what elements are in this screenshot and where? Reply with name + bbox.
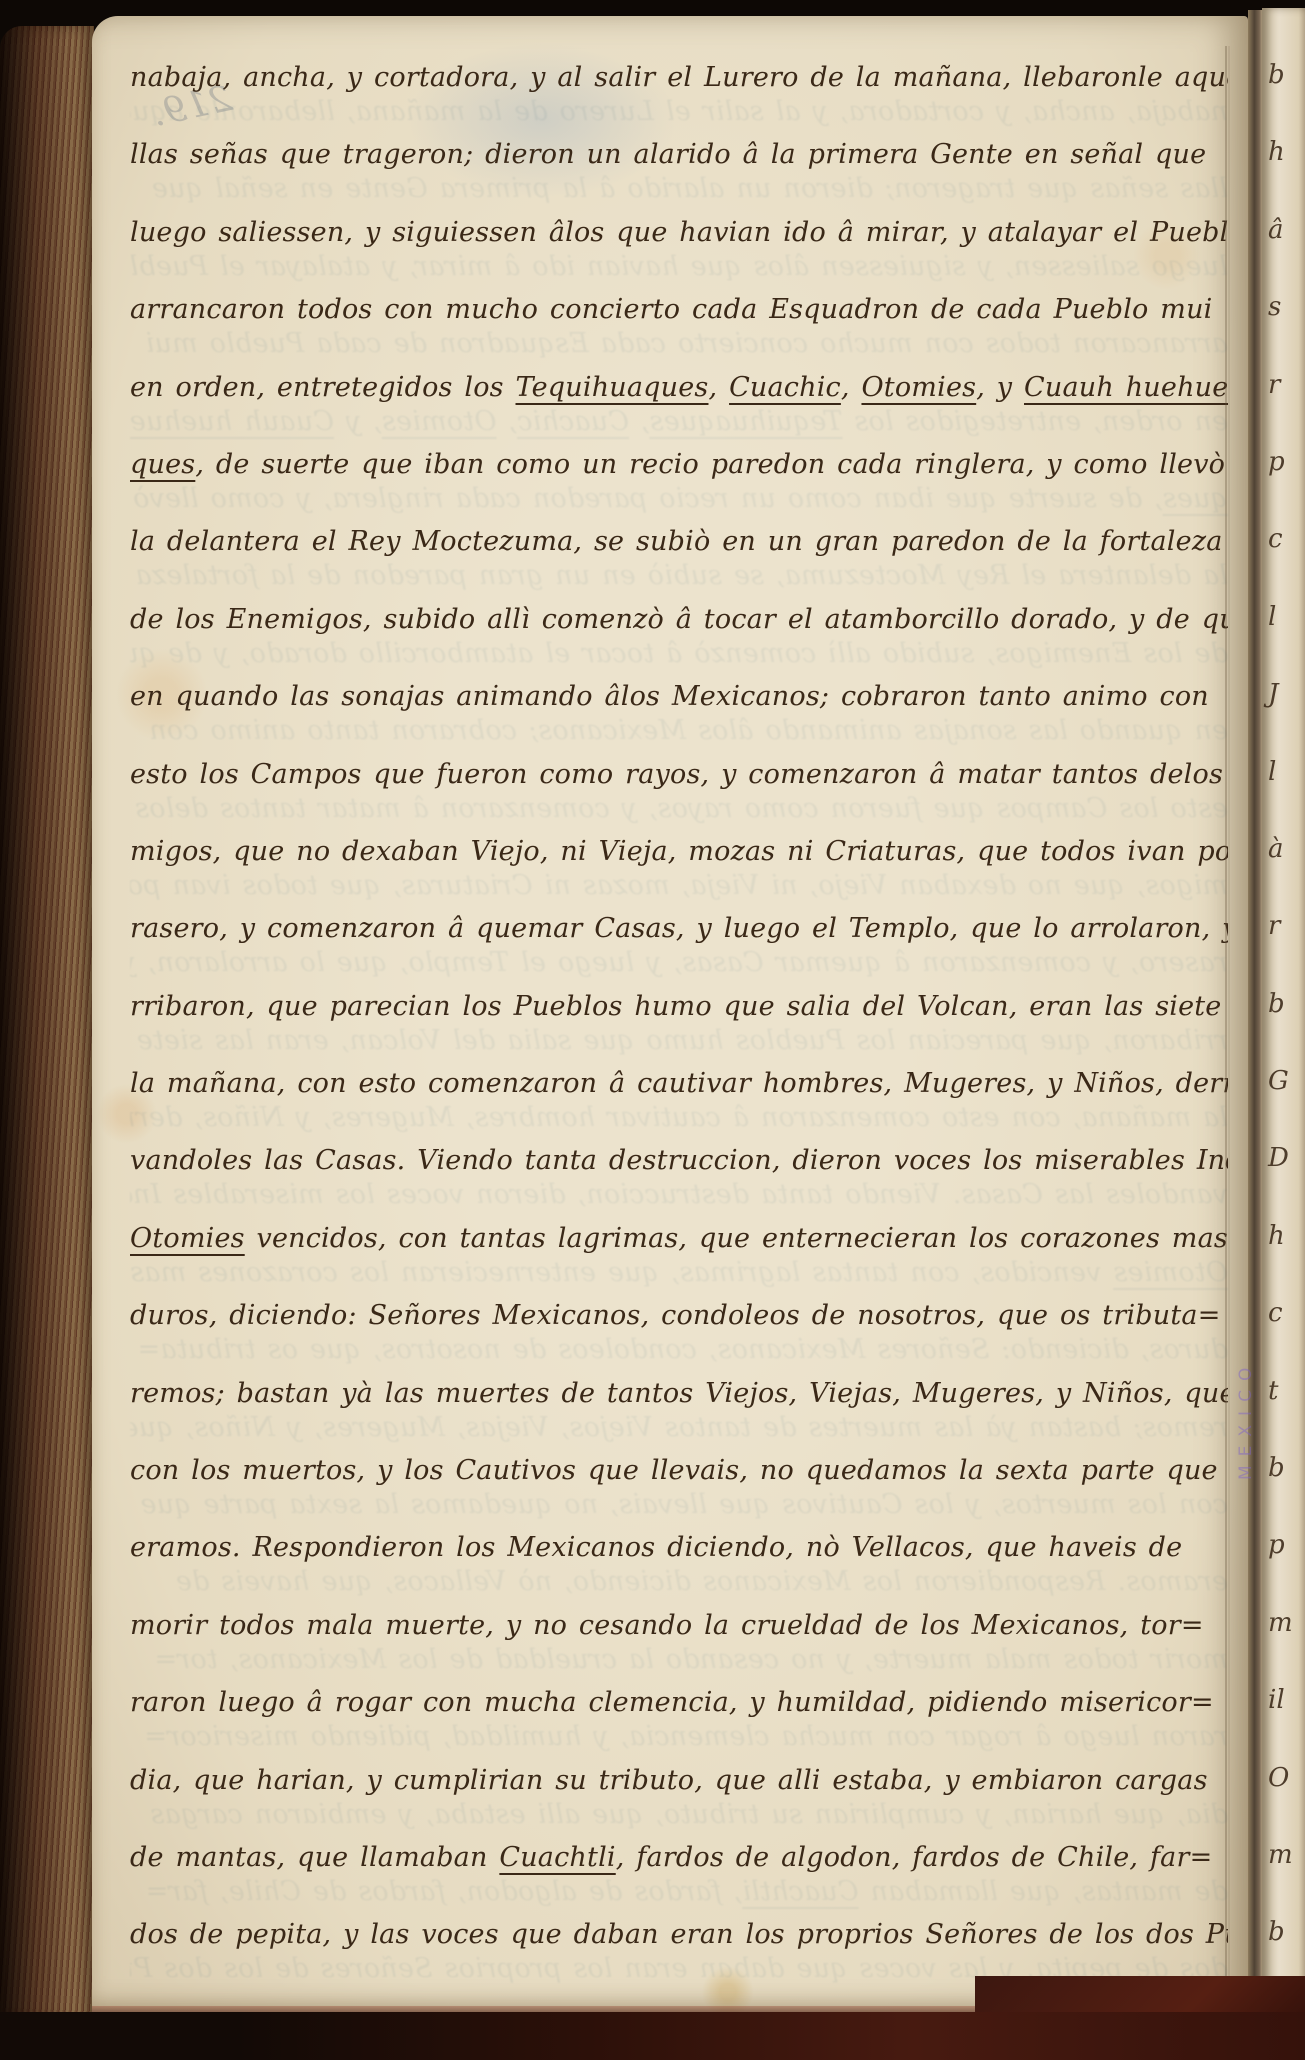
text-line: rasero, y comenzaron â quemar Casas, y l… — [130, 947, 1228, 1024]
text-line: en quando las sonajas animando âlos Mexi… — [130, 715, 1228, 792]
text-line: eramos. Respondieron los Mexicanos dicie… — [130, 1566, 1228, 1643]
edge-fragment: il — [1268, 1685, 1293, 1762]
edge-fragment: h — [1268, 1221, 1293, 1298]
edge-fragment: c — [1268, 1298, 1293, 1375]
edge-fragment: O — [1268, 1763, 1293, 1840]
manuscript-photo: 219. nabaja, ancha, y cortadora, y al sa… — [0, 0, 1305, 2060]
edge-fragment: â — [1268, 215, 1293, 292]
text-line: nabaja, ancha, y cortadora, y al salir e… — [130, 96, 1228, 173]
edge-fragment: s — [1268, 292, 1293, 369]
gutter-stamp-text: MEXICO — [1236, 1180, 1256, 1480]
edge-fragment: c — [1268, 524, 1293, 601]
edge-fragment: à — [1268, 834, 1293, 911]
text-line: llas señas que trageron; dieron un alari… — [130, 173, 1228, 250]
edge-fragment: b — [1268, 989, 1293, 1066]
text-line: de los Enemigos, subido allì comenzò â t… — [130, 638, 1228, 715]
text-line: ques, de suerte que iban como un recio p… — [130, 483, 1228, 560]
next-page-fragments: bhâsrpclJlàrbGDhctbpmilOmb — [1268, 60, 1293, 1995]
edge-fragment: p — [1268, 1530, 1293, 1607]
edge-fragment: J — [1268, 679, 1293, 756]
edge-fragment: D — [1268, 1143, 1293, 1220]
edge-fragment: p — [1268, 447, 1293, 524]
text-line: con los muertos, y los Cautivos que llev… — [130, 1489, 1228, 1566]
edge-fragment: b — [1268, 60, 1293, 137]
text-line: de mantas, que llamaban Cuachtli, fardos… — [130, 1876, 1228, 1953]
text-line: la mañana, con esto comenzaron â cautiva… — [130, 1102, 1228, 1179]
edge-fragment: l — [1268, 602, 1293, 679]
book-fore-edge — [0, 26, 94, 2024]
edge-fragment: b — [1268, 1453, 1293, 1530]
edge-fragment: l — [1268, 757, 1293, 834]
text-line: morir todos mala muerte, y no cesando la… — [130, 1644, 1228, 1721]
manuscript-page: 219. nabaja, ancha, y cortadora, y al sa… — [92, 16, 1248, 2012]
text-line: duros, diciendo: Señores Mexicanos, cond… — [130, 1334, 1228, 1411]
show-through-ghost-text: nabaja, ancha, y cortadora, y al salir e… — [130, 96, 1228, 2032]
edge-fragment: r — [1268, 370, 1293, 447]
edge-fragment: h — [1268, 137, 1293, 214]
edge-fragment: G — [1268, 1066, 1293, 1143]
edge-fragment: m — [1268, 1608, 1293, 1685]
text-line: rribaron, que parecian los Pueblos humo … — [130, 1025, 1228, 1102]
text-line: arrancaron todos con mucho concierto cad… — [130, 328, 1228, 405]
book-gutter — [1248, 10, 1262, 2020]
text-line: remos; bastan yà las muertes de tantos V… — [130, 1412, 1228, 1489]
edge-fragment: m — [1268, 1840, 1293, 1917]
text-line: migos, que no dexaban Viejo, ni Vieja, m… — [130, 870, 1228, 947]
edge-fragment: r — [1268, 911, 1293, 988]
text-line: la delantera el Rey Moctezuma, se subiò … — [130, 560, 1228, 637]
edge-fragment: t — [1268, 1376, 1293, 1453]
text-line: en orden, entretegidos los Tequihuaques,… — [130, 406, 1228, 483]
text-line: luego saliessen, y siguiessen âlos que h… — [130, 251, 1228, 328]
text-line: dia, que harian, y cumplirian su tributo… — [130, 1799, 1228, 1876]
text-line: vandoles las Casas. Viendo tanta destruc… — [130, 1179, 1228, 1256]
text-line: Otomies vencidos, con tantas lagrimas, q… — [130, 1257, 1228, 1334]
text-line: esto los Campos que fueron como rayos, y… — [130, 793, 1228, 870]
text-line: raron luego â rogar con mucha clemencia,… — [130, 1721, 1228, 1798]
next-page-edge: bhâsrpclJlàrbGDhctbpmilOmb — [1262, 8, 1305, 2020]
book-binding-bottom — [0, 2012, 1305, 2060]
